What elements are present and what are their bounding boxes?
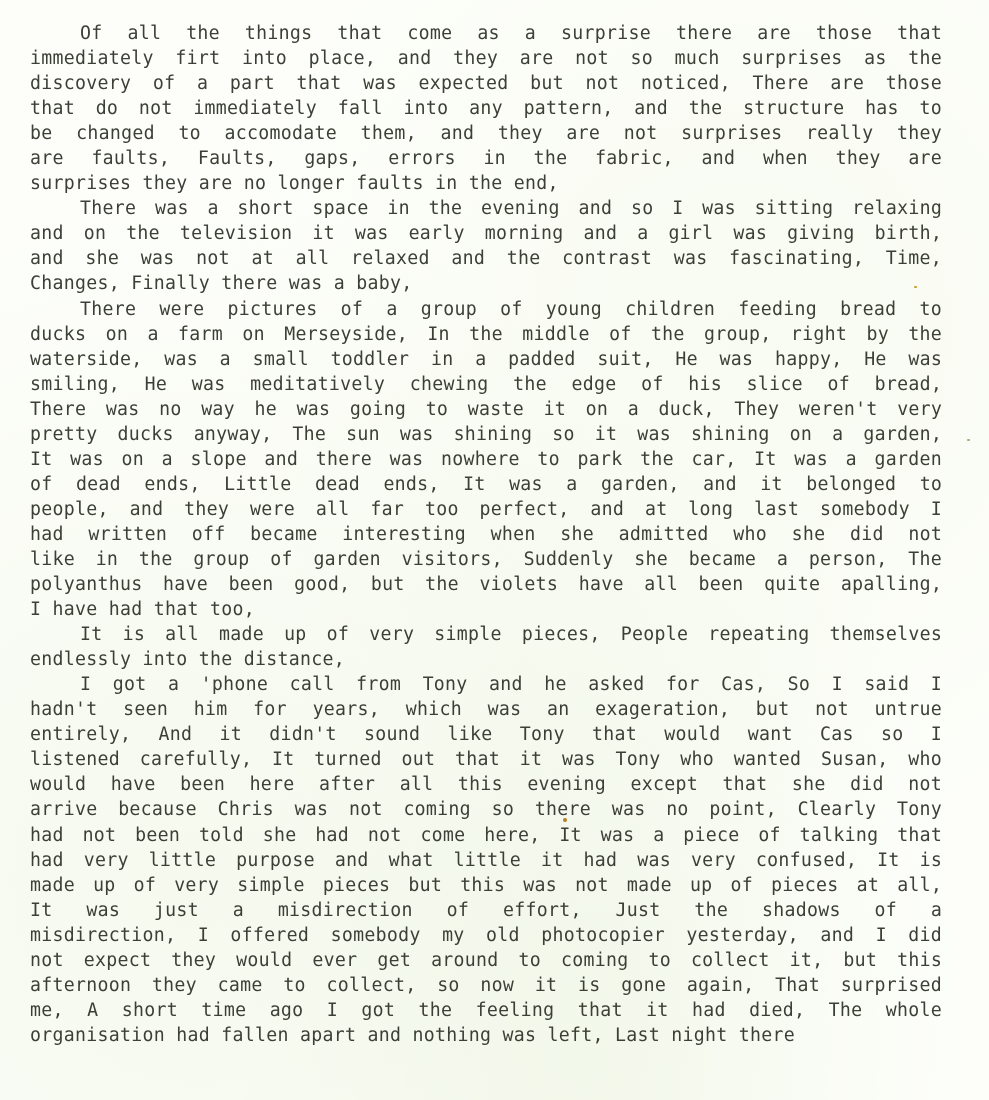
paragraph: There were pictures of a group of young … (30, 297, 942, 623)
text-line: pretty ducks anyway, The sun was shining… (30, 422, 942, 447)
text-line: smiling, He was meditatively chewing the… (30, 372, 942, 397)
text-line: had not been told she had not come here,… (30, 823, 942, 848)
paragraph: I got a 'phone call from Tony and he ask… (30, 672, 942, 1048)
ink-speck (967, 439, 970, 441)
text-line: waterside, was a small toddler in a padd… (30, 347, 942, 372)
text-line: polyanthus have been good, but the viole… (30, 572, 942, 597)
typewritten-text-body: Of all the things that come as a surpris… (30, 21, 942, 1048)
text-line: surprises they are no longer faults in t… (30, 171, 942, 196)
paragraph: There was a short space in the evening a… (30, 196, 942, 296)
text-line: that do not immediately fall into any pa… (30, 96, 942, 121)
ink-speck (914, 286, 917, 288)
text-line: Of all the things that come as a surpris… (30, 21, 942, 46)
text-line: I have had that too, (30, 597, 942, 622)
text-line: made up of very simple pieces but this w… (30, 873, 942, 898)
text-line: It is all made up of very simple pieces,… (30, 622, 942, 647)
text-line: hadn't seen him for years, which was an … (30, 697, 942, 722)
text-line: There was no way he was going to waste i… (30, 397, 942, 422)
text-line: would have been here after all this even… (30, 772, 942, 797)
text-line: It was on a slope and there was nowhere … (30, 447, 942, 472)
text-line: I got a 'phone call from Tony and he ask… (30, 672, 942, 697)
scanned-page: Of all the things that come as a surpris… (0, 0, 989, 1100)
text-line: not expect they would ever get around to… (30, 948, 942, 973)
text-line: endlessly into the distance, (30, 647, 942, 672)
text-line: had very little purpose and what little … (30, 848, 942, 873)
text-line: like in the group of garden visitors, Su… (30, 547, 942, 572)
text-line: discovery of a part that was expected bu… (30, 71, 942, 96)
paragraph: Of all the things that come as a surpris… (30, 21, 942, 196)
text-line: misdirection, I offered somebody my old … (30, 923, 942, 948)
text-line: of dead ends, Little dead ends, It was a… (30, 472, 942, 497)
text-line: people, and they were all far too perfec… (30, 497, 942, 522)
text-line: listened carefully, It turned out that i… (30, 747, 942, 772)
text-line: and on the television it was early morni… (30, 221, 942, 246)
text-line: are faults, Faults, gaps, errors in the … (30, 146, 942, 171)
text-line: arrive because Chris was not coming so t… (30, 797, 942, 822)
text-line: had written off became interesting when … (30, 522, 942, 547)
text-line: There were pictures of a group of young … (30, 297, 942, 322)
text-line: immediately firt into place, and they ar… (30, 46, 942, 71)
ink-speck (563, 818, 567, 822)
text-line: and she was not at all relaxed and the c… (30, 246, 942, 271)
text-line: entirely, And it didn't sound like Tony … (30, 722, 942, 747)
text-line: afternoon they came to collect, so now i… (30, 973, 942, 998)
text-line: ducks on a farm on Merseyside, In the mi… (30, 322, 942, 347)
text-line: Changes, Finally there was a baby, (30, 271, 942, 296)
text-line: It was just a misdirection of effort, Ju… (30, 898, 942, 923)
text-line: organisation had fallen apart and nothin… (30, 1023, 942, 1048)
paragraph: It is all made up of very simple pieces,… (30, 622, 942, 672)
text-line: be changed to accomodate them, and they … (30, 121, 942, 146)
text-line: me, A short time ago I got the feeling t… (30, 998, 942, 1023)
text-line: There was a short space in the evening a… (30, 196, 942, 221)
